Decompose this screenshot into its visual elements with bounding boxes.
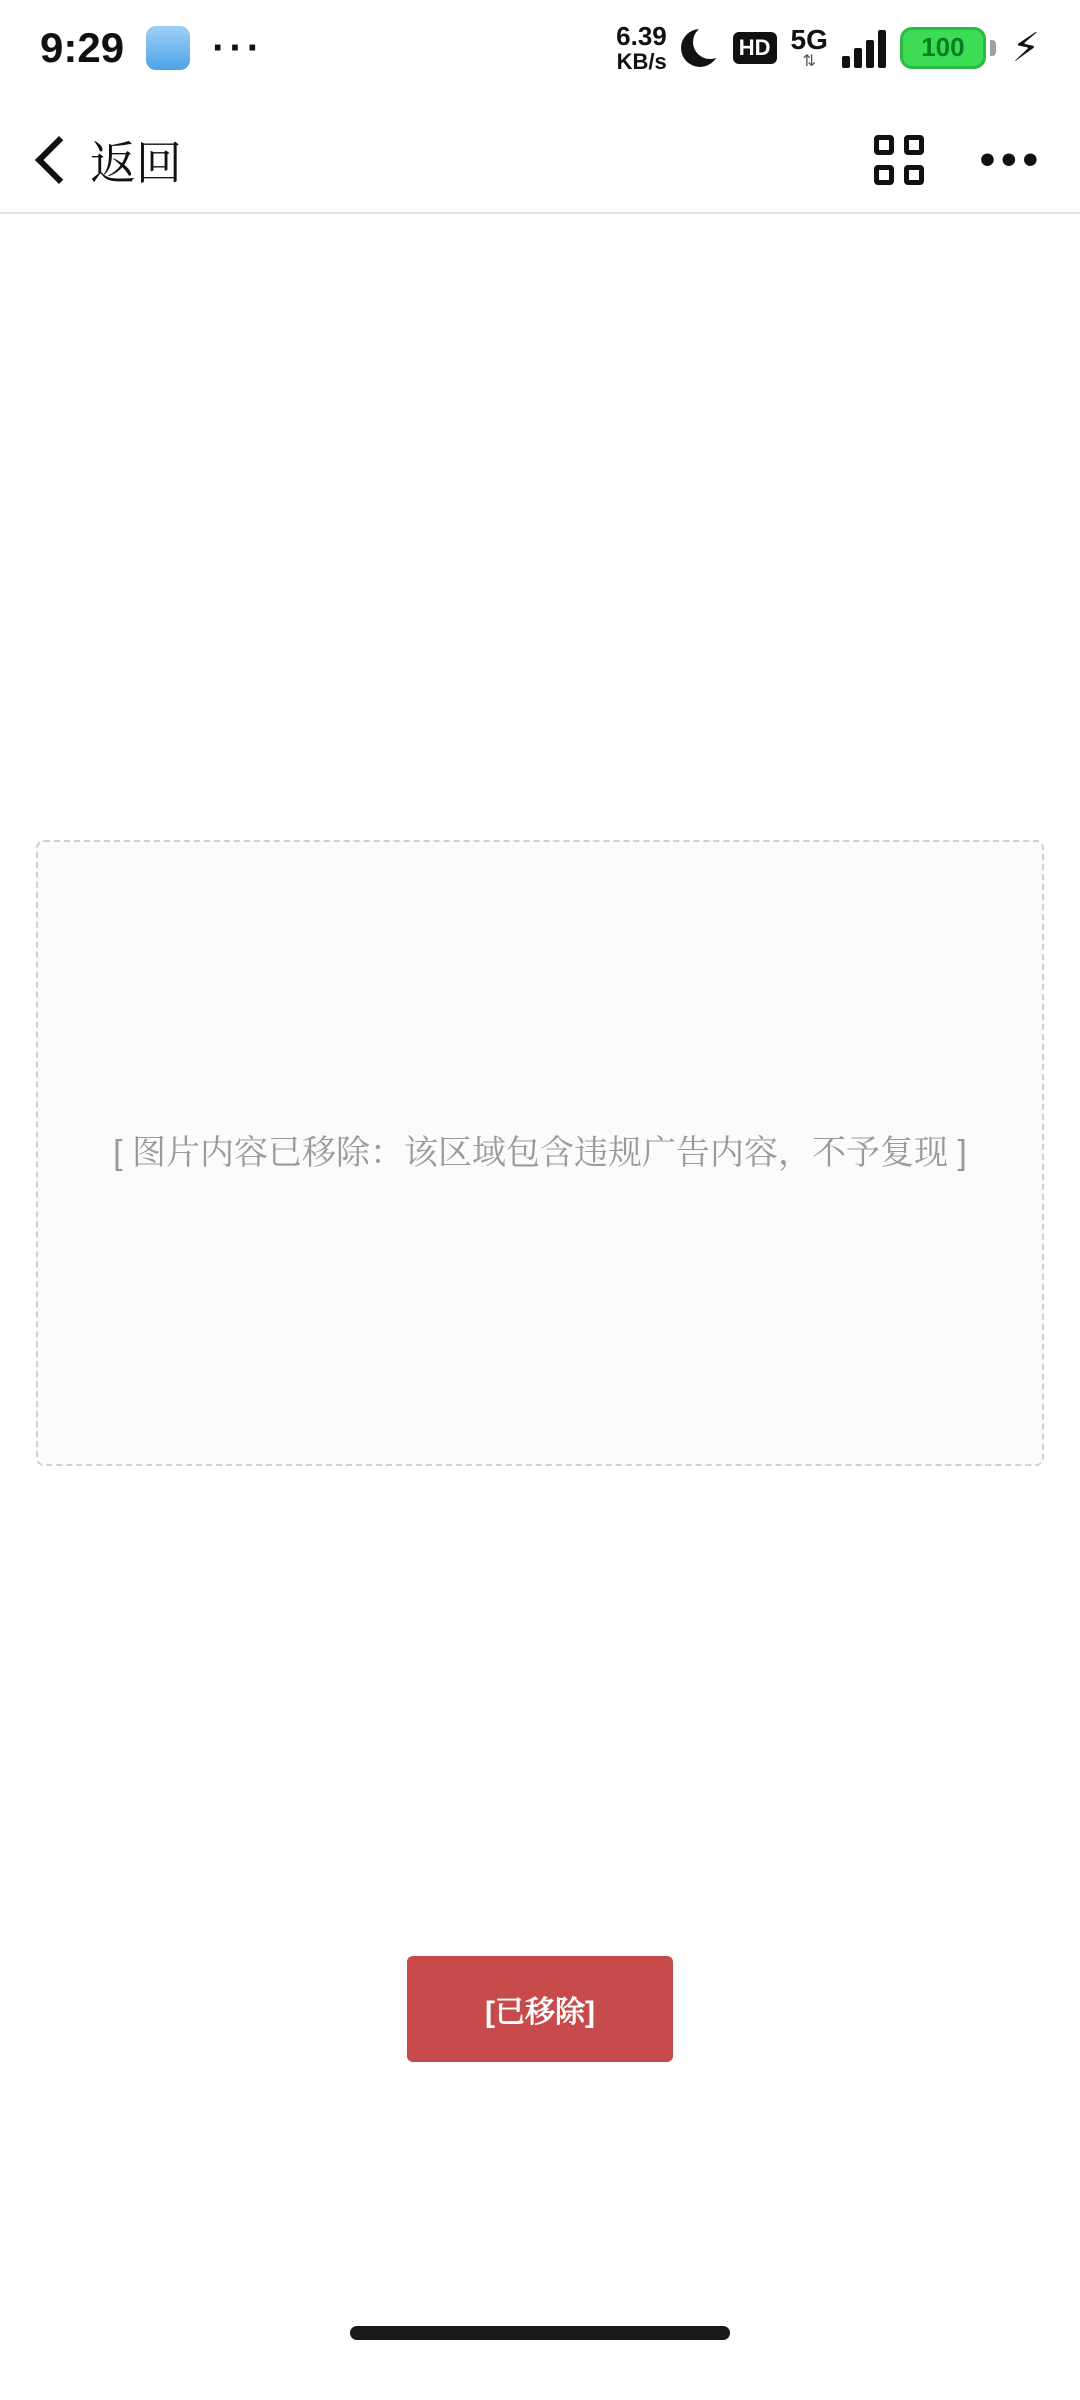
status-bar: 9:29 ··· 6.39 KB/s HD 5G ⇅ 100 ⚡ — [0, 0, 1080, 96]
notification-overflow-icon: ··· — [212, 40, 264, 56]
redacted-image-region: [ 图片内容已移除：该区域包含违规广告内容，不予复现 ] — [36, 840, 1044, 1466]
back-button[interactable]: 返回 — [36, 127, 182, 193]
do-not-disturb-icon — [681, 29, 719, 67]
more-menu-icon[interactable]: ••• — [980, 153, 1044, 166]
page-content: [ 图片内容已移除：该区域包含违规广告内容，不予复现 ] [已移除] — [0, 214, 1080, 2400]
home-indicator-bar[interactable] — [350, 2326, 730, 2340]
network-type-indicator: 5G ⇅ — [791, 26, 828, 70]
hd-voice-icon: HD — [733, 32, 777, 64]
status-right: 6.39 KB/s HD 5G ⇅ 100 ⚡ — [616, 23, 1040, 73]
status-left: 9:29 ··· — [40, 24, 264, 72]
network-speed: 6.39 KB/s — [616, 23, 667, 73]
redacted-badge: [已移除] — [407, 1956, 673, 2062]
nav-actions: ••• — [874, 135, 1044, 185]
signal-strength-icon — [842, 28, 886, 68]
back-chevron-icon — [35, 136, 83, 184]
redacted-notice: [ 图片内容已移除：该区域包含违规广告内容，不予复现 ] — [113, 1126, 967, 1180]
battery-indicator: 100 — [900, 27, 996, 69]
charging-icon: ⚡ — [1012, 25, 1040, 71]
back-label: 返回 — [90, 127, 182, 193]
nav-bar: 返回 ••• — [0, 110, 1080, 210]
clock: 9:29 — [40, 24, 124, 72]
messages-app-icon — [146, 26, 190, 70]
multitask-grid-icon[interactable] — [874, 135, 924, 185]
